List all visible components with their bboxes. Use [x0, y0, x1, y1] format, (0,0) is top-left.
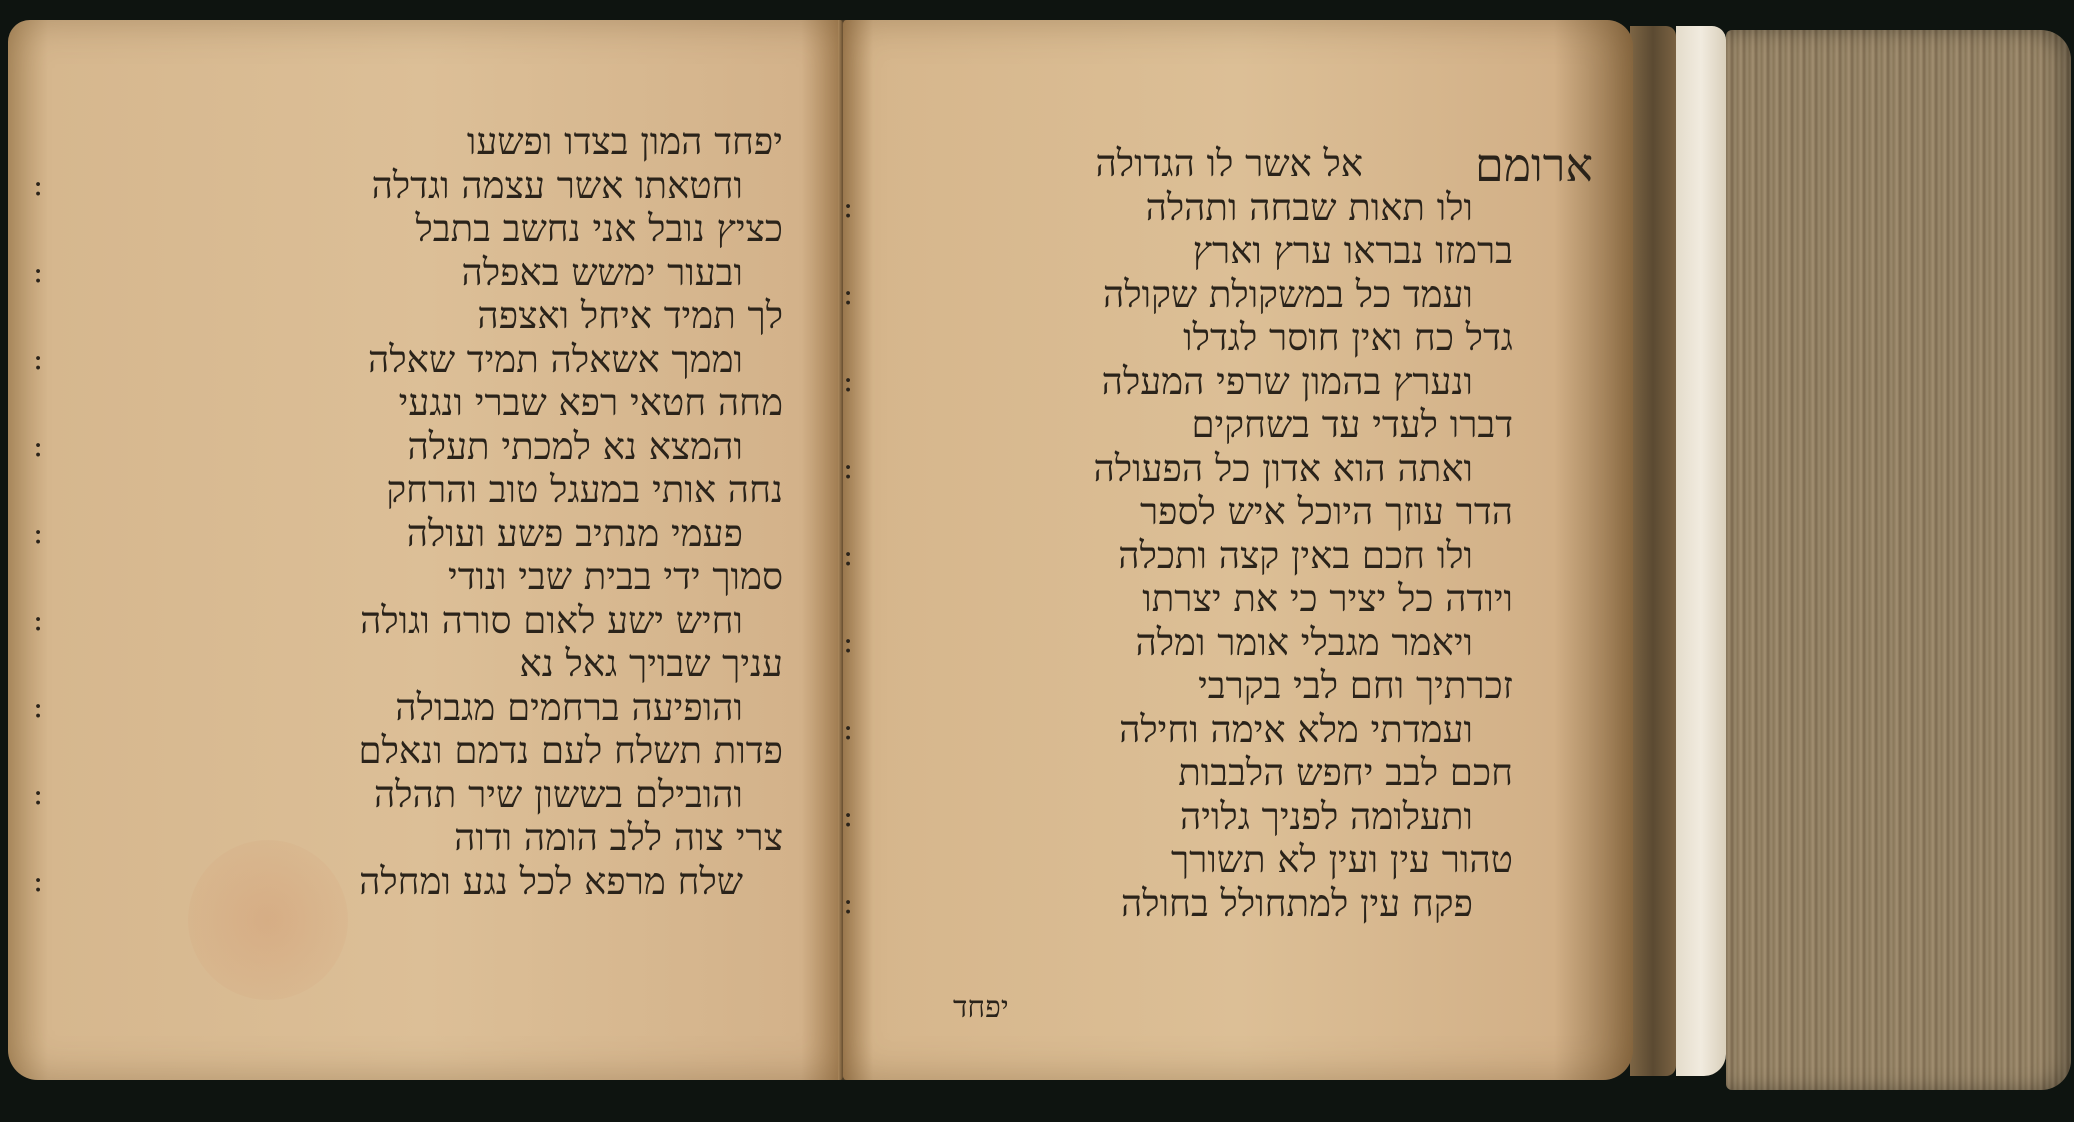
verse-line: וחטאתו אשר עצמה וגדלה: [43, 164, 783, 208]
fore-edge-page-block [1726, 30, 2071, 1090]
left-page: יפחד המון בצדו ופשעו וחטאתו אשר עצמה וגד… [8, 20, 843, 1080]
verse-line: יפחד המון בצדו ופשעו [43, 120, 783, 164]
verse-line: ונערץ בהמון שרפי המעלה: [853, 360, 1513, 404]
right-page-text: אל אשר לו הגדולה ולו תאות שבחה ותהלה: בר… [853, 142, 1513, 925]
open-book: יפחד המון בצדו ופשעו וחטאתו אשר עצמה וגד… [0, 0, 2074, 1122]
verse-line: פדות תשלח לעם נדמם ונאלם [43, 729, 783, 773]
verse-line: ויאמר מגבלי אומר ומלה: [853, 621, 1513, 665]
page-edge-soiled [1630, 26, 1676, 1076]
verse-line: מחה חטאי רפא שברי ונגעי [43, 381, 783, 425]
right-page: ארומם אל אשר לו הגדולה ולו תאות שבחה ותה… [843, 20, 1633, 1080]
verse-line: ויודה כל יציר כי את יצרתו [853, 577, 1513, 621]
verse-line: צרי צוה ללב הומה ודוה [43, 816, 783, 860]
verse-line: והובילם בששון שיר תהלה: [43, 773, 783, 817]
verse-line: ועמדתי מלא אימה וחילה: [853, 708, 1513, 752]
verse-line: ולו תאות שבחה ותהלה: [853, 186, 1513, 230]
verse-line: וחיש ישע לאום סורה וגולה: [43, 599, 783, 643]
verse-line: סמוך ידי בבית שבי ונודי [43, 555, 783, 599]
catchword: יפחד [953, 990, 1009, 1025]
verse-line: חכם לבב יחפש הלבבות [853, 751, 1513, 795]
verse-line: פעמי מנתיב פשע ועולה: [43, 512, 783, 556]
verse-line: ולו חכם באין קצה ותכלה: [853, 534, 1513, 578]
verse-line: טהור עין ועין לא תשורך [853, 838, 1513, 882]
verse-line: דברו לעדי עד בשחקים [853, 403, 1513, 447]
verse-line: וממך אשאלה תמיד שאלה: [43, 338, 783, 382]
verse-line: זכרתיך וחם לבי בקרבי [853, 664, 1513, 708]
verse-line: הדר עוזך היוכל איש לספר [853, 490, 1513, 534]
verse-line: ועמד כל במשקולת שקולה: [853, 273, 1513, 317]
verse-line: ואתה הוא אדון כל הפעולה: [853, 447, 1513, 491]
verse-line: והמצא נא למכתי תעלה: [43, 425, 783, 469]
verse-line: עניך שבויך גאל נא [43, 642, 783, 686]
verse-line: ותעלומה לפניך גלויה: [853, 795, 1513, 839]
verse-line: ברמזו נבראו ערץ וארץ [853, 229, 1513, 273]
verse-line: גדל כח ואין חוסר לגדלו [853, 316, 1513, 360]
verse-line: כציץ נובל אני נחשב בתבל [43, 207, 783, 251]
verse-line: שלח מרפא לכל נגע ומחלה: [43, 860, 783, 904]
verse-line: ובעור ימשש באפלה: [43, 251, 783, 295]
verse-line: פקח עין למתחולל בחולה: [853, 882, 1513, 926]
verse-line: לך תמיד איחל ואצפה [43, 294, 783, 338]
page-edge-flyleaf [1676, 26, 1726, 1076]
verse-line: והופיעה ברחמים מגבולה: [43, 686, 783, 730]
left-page-text: יפחד המון בצדו ופשעו וחטאתו אשר עצמה וגד… [43, 120, 783, 903]
verse-line: אל אשר לו הגדולה [853, 142, 1513, 186]
verse-line: נחה אותי במעגל טוב והרחק [43, 468, 783, 512]
